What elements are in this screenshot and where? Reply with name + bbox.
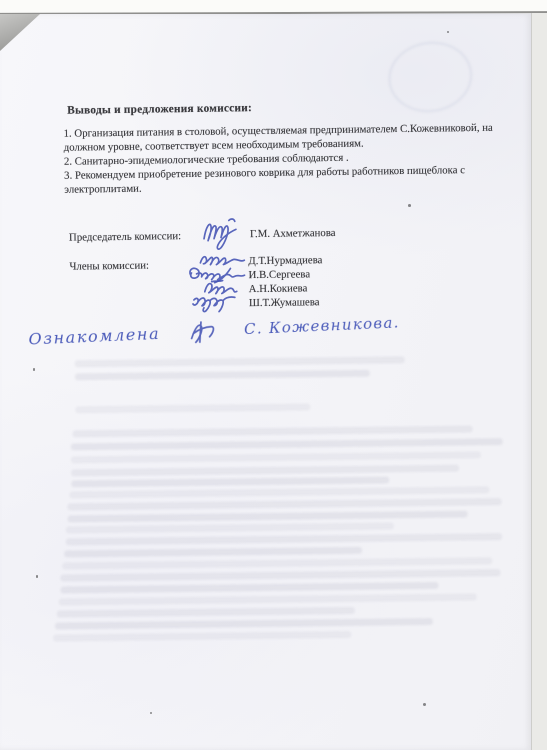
scan-speck: [447, 31, 449, 33]
handwritten-name: С. Кожевникова.: [244, 313, 400, 338]
scan-speck: [423, 703, 426, 706]
chairman-name: Г.М. Ахметжанова: [250, 227, 336, 240]
member-name: И.В.Сергеева: [248, 268, 310, 281]
scan-speck: [36, 575, 38, 578]
document-content: Выводы и предложения комиссии: 1. Органи…: [0, 10, 539, 750]
member-name: А.Н.Кокиева: [249, 282, 308, 295]
member-signature-4: [190, 291, 240, 313]
document-heading: Выводы и предложения комиссии:: [67, 102, 252, 117]
handwritten-word: Ознакомлена: [28, 323, 160, 348]
conclusion-item-3: 3. Рекомендуем приобретение резинового к…: [64, 163, 532, 197]
handwritten-note: Ознакомлена С. Кожевникова.: [28, 307, 459, 352]
scan-speck: [33, 368, 35, 371]
member-name: Ш.Т.Жумашева: [249, 296, 320, 309]
conclusions-list: 1. Организация питания в столовой, осуще…: [63, 121, 532, 197]
member-name: Д.Т.Нурмадиева: [248, 254, 322, 267]
scanned-document-page: Выводы и предложения комиссии: 1. Органи…: [0, 0, 547, 750]
members-label: Члены комиссии:: [69, 260, 149, 273]
handwritten-signature: [184, 319, 221, 347]
chairman-label: Председатель комиссии:: [69, 230, 181, 244]
chairman-signature: [200, 215, 242, 252]
scan-speck: [408, 204, 411, 207]
scan-speck: [150, 712, 152, 714]
